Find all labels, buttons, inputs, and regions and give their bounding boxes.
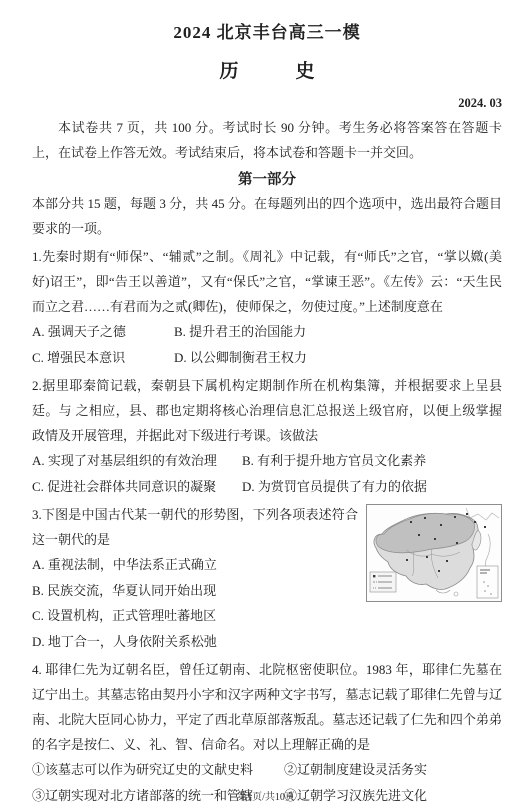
question-block-2: 2.据里耶秦简记载，秦朝县下属机构定期制作所在机构集簿，并根据要求上呈县廷。与 … bbox=[32, 373, 502, 499]
map-inset bbox=[477, 566, 498, 598]
question-block-4: 4. 耶律仁先为辽朝名臣，曾任辽朝南、北院枢密使职位。1983 年，耶律仁先墓在… bbox=[32, 657, 502, 808]
option-d: D. 以公卿制衡君王权力 bbox=[174, 345, 307, 371]
section-description: 本部分共 15 题，每题 3 分，共 45 分。在每题列出的四个选项中，选出最符… bbox=[32, 191, 502, 241]
subject-title: 历 史 bbox=[32, 56, 502, 83]
exam-paper-page: 2024 北京丰台高三一模 历 史 2024. 03 本试卷共 7 页，共 10… bbox=[0, 0, 532, 808]
option-d: D. 为赏罚官员提供了有力的依据 bbox=[242, 474, 427, 500]
option-row: A. 实现了对基层组织的有效治理 B. 有利于提升地方官员文化素养 bbox=[32, 448, 502, 474]
china-dynasty-map-figure bbox=[366, 504, 502, 602]
section-title: 第一部分 bbox=[32, 168, 502, 189]
option-row: ①该墓志可以作为研究辽史的文献史料 ②辽朝制度建设灵活务实 bbox=[32, 757, 502, 783]
option-c: C. 增强民本意识 bbox=[32, 345, 174, 371]
option-a: A. 实现了对基层组织的有效治理 bbox=[32, 448, 242, 474]
question-stem: 4. 耶律仁先为辽朝名臣，曾任辽朝南、北院枢密使职位。1983 年，耶律仁先墓在… bbox=[32, 657, 502, 757]
exam-date: 2024. 03 bbox=[32, 96, 502, 111]
exam-notice: 本试卷共 7 页，共 100 分。考试时长 90 分钟。考生务必将答案答在答题卡… bbox=[32, 115, 502, 165]
question-stem: 1.先秦时期有“师保”、“辅贰”之制。《周礼》中记载，有“师氏”之官，“掌以媺(… bbox=[32, 244, 502, 319]
option-b: B. 有利于提升地方官员文化素养 bbox=[242, 448, 426, 474]
question-block-1: 1.先秦时期有“师保”、“辅贰”之制。《周礼》中记载，有“师氏”之官，“掌以媺(… bbox=[32, 244, 502, 370]
page-number: 第1页/共10页 bbox=[0, 788, 532, 803]
china-dynasty-map bbox=[366, 504, 502, 602]
option-row: C. 促进社会群体共同意识的凝聚 D. 为赏罚官员提供了有力的依据 bbox=[32, 474, 502, 500]
question-block-3: 3.下图是中国古代某一朝代的形势图，下列各项表述符合这一朝代的是 A. 重视法制… bbox=[32, 502, 502, 654]
statement-2: ②辽朝制度建设灵活务实 bbox=[284, 757, 427, 783]
question-stem: 2.据里耶秦简记载，秦朝县下属机构定期制作所在机构集簿，并根据要求上呈县廷。与 … bbox=[32, 373, 502, 448]
option-a: A. 强调天子之德 bbox=[32, 319, 174, 345]
map-legend bbox=[370, 572, 396, 592]
option-c: C. 促进社会群体共同意识的凝聚 bbox=[32, 474, 242, 500]
option-b: B. 提升君王的治国能力 bbox=[174, 319, 306, 345]
page-title: 2024 北京丰台高三一模 bbox=[32, 18, 502, 43]
statement-1: ①该墓志可以作为研究辽史的文献史料 bbox=[32, 757, 284, 783]
option-c: C. 设置机构，正式管理吐蕃地区 bbox=[32, 603, 502, 629]
option-row: A. 强调天子之德 B. 提升君王的治国能力 bbox=[32, 319, 502, 345]
option-d: D. 地丁合一，人身依附关系松弛 bbox=[32, 629, 502, 655]
option-row: C. 增强民本意识 D. 以公卿制衡君王权力 bbox=[32, 345, 502, 371]
